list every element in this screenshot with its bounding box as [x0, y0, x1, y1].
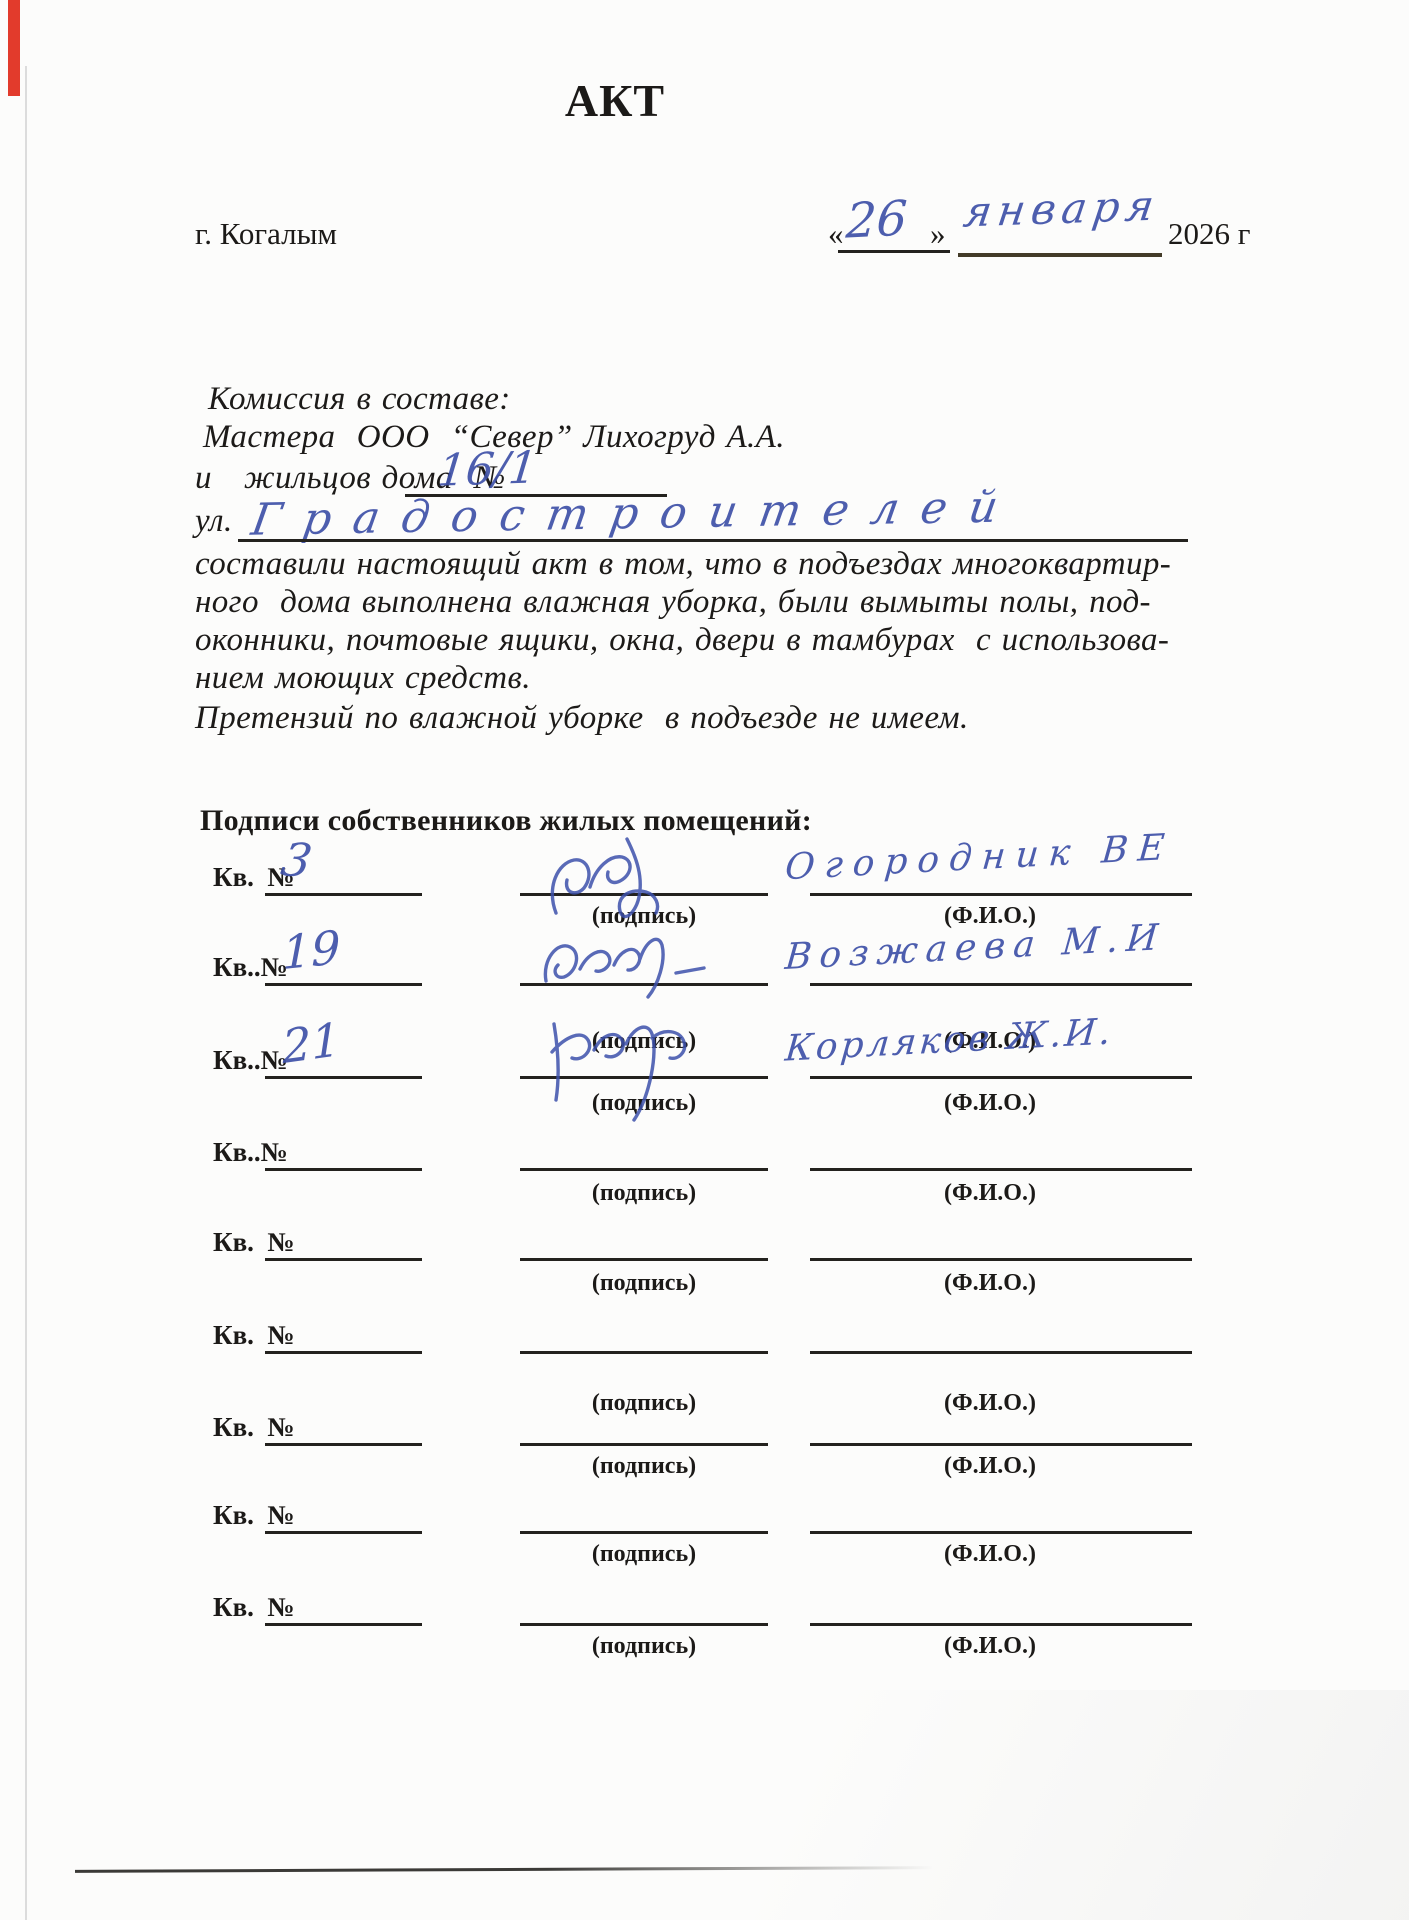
handwritten-apartment-number: 21	[281, 1012, 341, 1074]
signature-line	[520, 1351, 768, 1354]
body-paragraph-line: оконники, почтовые ящики, окна, двери в …	[195, 622, 1169, 659]
handwritten-fio: Корляков Ж.И.	[783, 1011, 1115, 1069]
apartment-number-line	[265, 1531, 422, 1534]
apartment-number-line	[265, 1076, 422, 1079]
handwritten-apartment-number: 19	[282, 920, 340, 980]
handwritten-day: 26	[845, 190, 909, 249]
fio-line	[810, 1258, 1192, 1261]
body-paragraph-line: ного дома выполнена влажная уборка, были…	[195, 584, 1151, 621]
fio-line	[810, 1443, 1192, 1446]
handwritten-fio: Возжаева М.И	[783, 917, 1167, 978]
fio-line	[810, 1168, 1192, 1171]
fio-line	[810, 1076, 1192, 1079]
scanned-act-document: АКТ г. Когалым « 26 » января 2026 г Коми…	[0, 0, 1409, 1920]
signature-line	[520, 1623, 768, 1626]
apartment-number-line	[265, 1443, 422, 1446]
body-commission-line: Комиссия в составе:	[208, 381, 511, 418]
fio-line	[810, 1531, 1192, 1534]
fio-caption: (Ф.И.О.)	[800, 1633, 1180, 1660]
apartment-number-line	[265, 893, 422, 896]
city-label: г. Когалым	[195, 216, 337, 252]
apartment-number-label: Кв. №	[213, 1320, 295, 1351]
fio-line	[810, 893, 1192, 896]
body-paragraph-line: составили настоящий акт в том, что в под…	[195, 546, 1171, 583]
signature-line	[520, 1531, 768, 1534]
apartment-number-label: Кв. №	[213, 1592, 295, 1623]
handwritten-month: января	[961, 180, 1163, 236]
apartment-number-line	[265, 983, 422, 986]
handwritten-apartment-number: 3	[277, 832, 316, 888]
fio-line	[810, 1623, 1192, 1626]
fio-line	[810, 983, 1192, 986]
apartment-number-label: Кв..№	[213, 952, 288, 983]
body-street-prefix: ул.	[195, 503, 233, 540]
scan-artifact-red-strip	[8, 0, 20, 96]
date-open-quote: «	[828, 216, 844, 252]
signature-line	[520, 1258, 768, 1261]
apartment-number-label: Кв. №	[213, 1412, 295, 1443]
handwritten-fio: Огородник ВЕ	[783, 827, 1176, 889]
apartment-number-line	[265, 1258, 422, 1261]
year-label: 2026 г	[1168, 216, 1250, 252]
body-paragraph-line: нием моющих средств.	[195, 660, 531, 697]
document-title: АКТ	[480, 74, 750, 127]
signature-line	[520, 1168, 768, 1171]
handwritten-house-number: 16/1	[435, 442, 539, 497]
signature-caption: (подпись)	[515, 1633, 773, 1660]
apartment-number-line	[265, 1623, 422, 1626]
body-paragraph-line: Претензий по влажной уборке в подъезде н…	[195, 700, 969, 737]
apartment-number-label: Кв..№	[213, 1045, 288, 1076]
fio-line	[810, 1351, 1192, 1354]
apartment-number-line	[265, 1168, 422, 1171]
month-underline	[958, 253, 1162, 257]
scan-artifact-corner-shade	[0, 1690, 1409, 1920]
date-close-quote: »	[930, 216, 946, 252]
scan-artifact-bottom-line	[75, 1866, 933, 1873]
signature-line	[520, 1443, 768, 1446]
apartment-number-label: Кв..№	[213, 1137, 288, 1168]
signature-row: Кв. №(подпись)(Ф.И.О.)	[0, 1555, 1409, 1690]
apartment-number-line	[265, 1351, 422, 1354]
street-underline	[238, 539, 1188, 542]
apartment-number-label: Кв. №	[213, 1500, 295, 1531]
apartment-number-label: Кв. №	[213, 1227, 295, 1258]
